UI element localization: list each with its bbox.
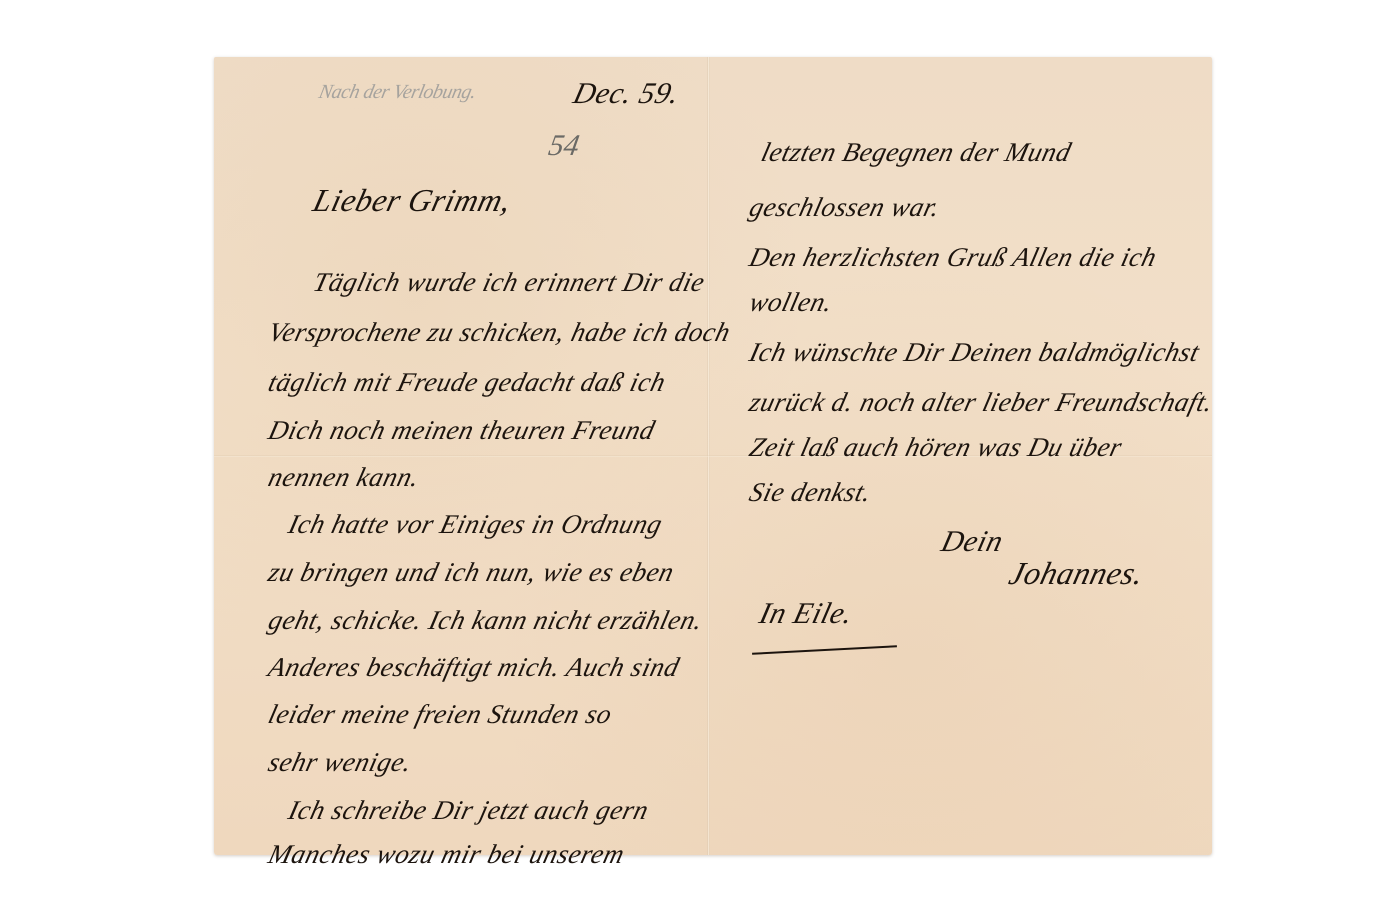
- letter-line: Ich schreibe Dir jetzt auch gern: [285, 795, 652, 826]
- letter-sheet: Nach der Verlobung. Dec. 59. 54 Lieber G…: [214, 57, 1212, 855]
- letter-line: letzten Begegnen der Mund: [758, 137, 1074, 168]
- left-page: Nach der Verlobung. Dec. 59. 54 Lieber G…: [214, 57, 708, 855]
- letter-line: Zeit laß auch hören was Du über: [746, 432, 1125, 463]
- letter-line: zu bringen und ich nun, wie es eben: [265, 557, 677, 588]
- letter-line: täglich mit Freude gedacht daß ich: [265, 367, 669, 398]
- letter-line: Ich hatte vor Einiges in Ordnung: [285, 509, 665, 540]
- letter-date: Dec. 59.: [570, 77, 683, 111]
- letter-line: Täglich wurde ich erinnert Dir die: [310, 267, 708, 298]
- letter-line: Ich wünschte Dir Deinen baldmöglichst: [746, 337, 1203, 368]
- right-page: letzten Begegnen der Mund geschlossen wa…: [710, 57, 1212, 855]
- letter-line: wollen.: [746, 287, 836, 318]
- letter-line: Anderes beschäftigt mich. Auch sind: [265, 652, 682, 683]
- letter-line: sehr wenige.: [265, 747, 415, 778]
- underline-stroke: [752, 645, 897, 655]
- letter-line: Dich noch meinen theuren Freund: [265, 415, 658, 446]
- letter-line: Den herzlichsten Gruß Allen die ich: [746, 242, 1160, 273]
- salutation: Lieber Grimm,: [309, 182, 515, 219]
- letter-line: nennen kann.: [265, 462, 423, 493]
- letter-line: Manches wozu mir bei unserem: [265, 839, 628, 870]
- postscript: In Eile.: [756, 597, 857, 631]
- letter-line: Versprochene zu schicken, habe ich doch: [265, 317, 734, 348]
- letter-line: geschlossen war.: [746, 192, 943, 223]
- closing: Dein: [938, 525, 1007, 559]
- archive-number: 54: [546, 129, 582, 163]
- signature: Johannes.: [1005, 555, 1148, 592]
- letter-line: zurück d. noch alter lieber Freundschaft…: [746, 387, 1216, 418]
- letter-line: leider meine freien Stunden so: [265, 699, 615, 730]
- letter-line: geht, schicke. Ich kann nicht erzählen.: [265, 605, 706, 636]
- pencil-annotation: Nach der Verlobung.: [317, 81, 478, 104]
- letter-line: Sie denkst.: [746, 477, 875, 508]
